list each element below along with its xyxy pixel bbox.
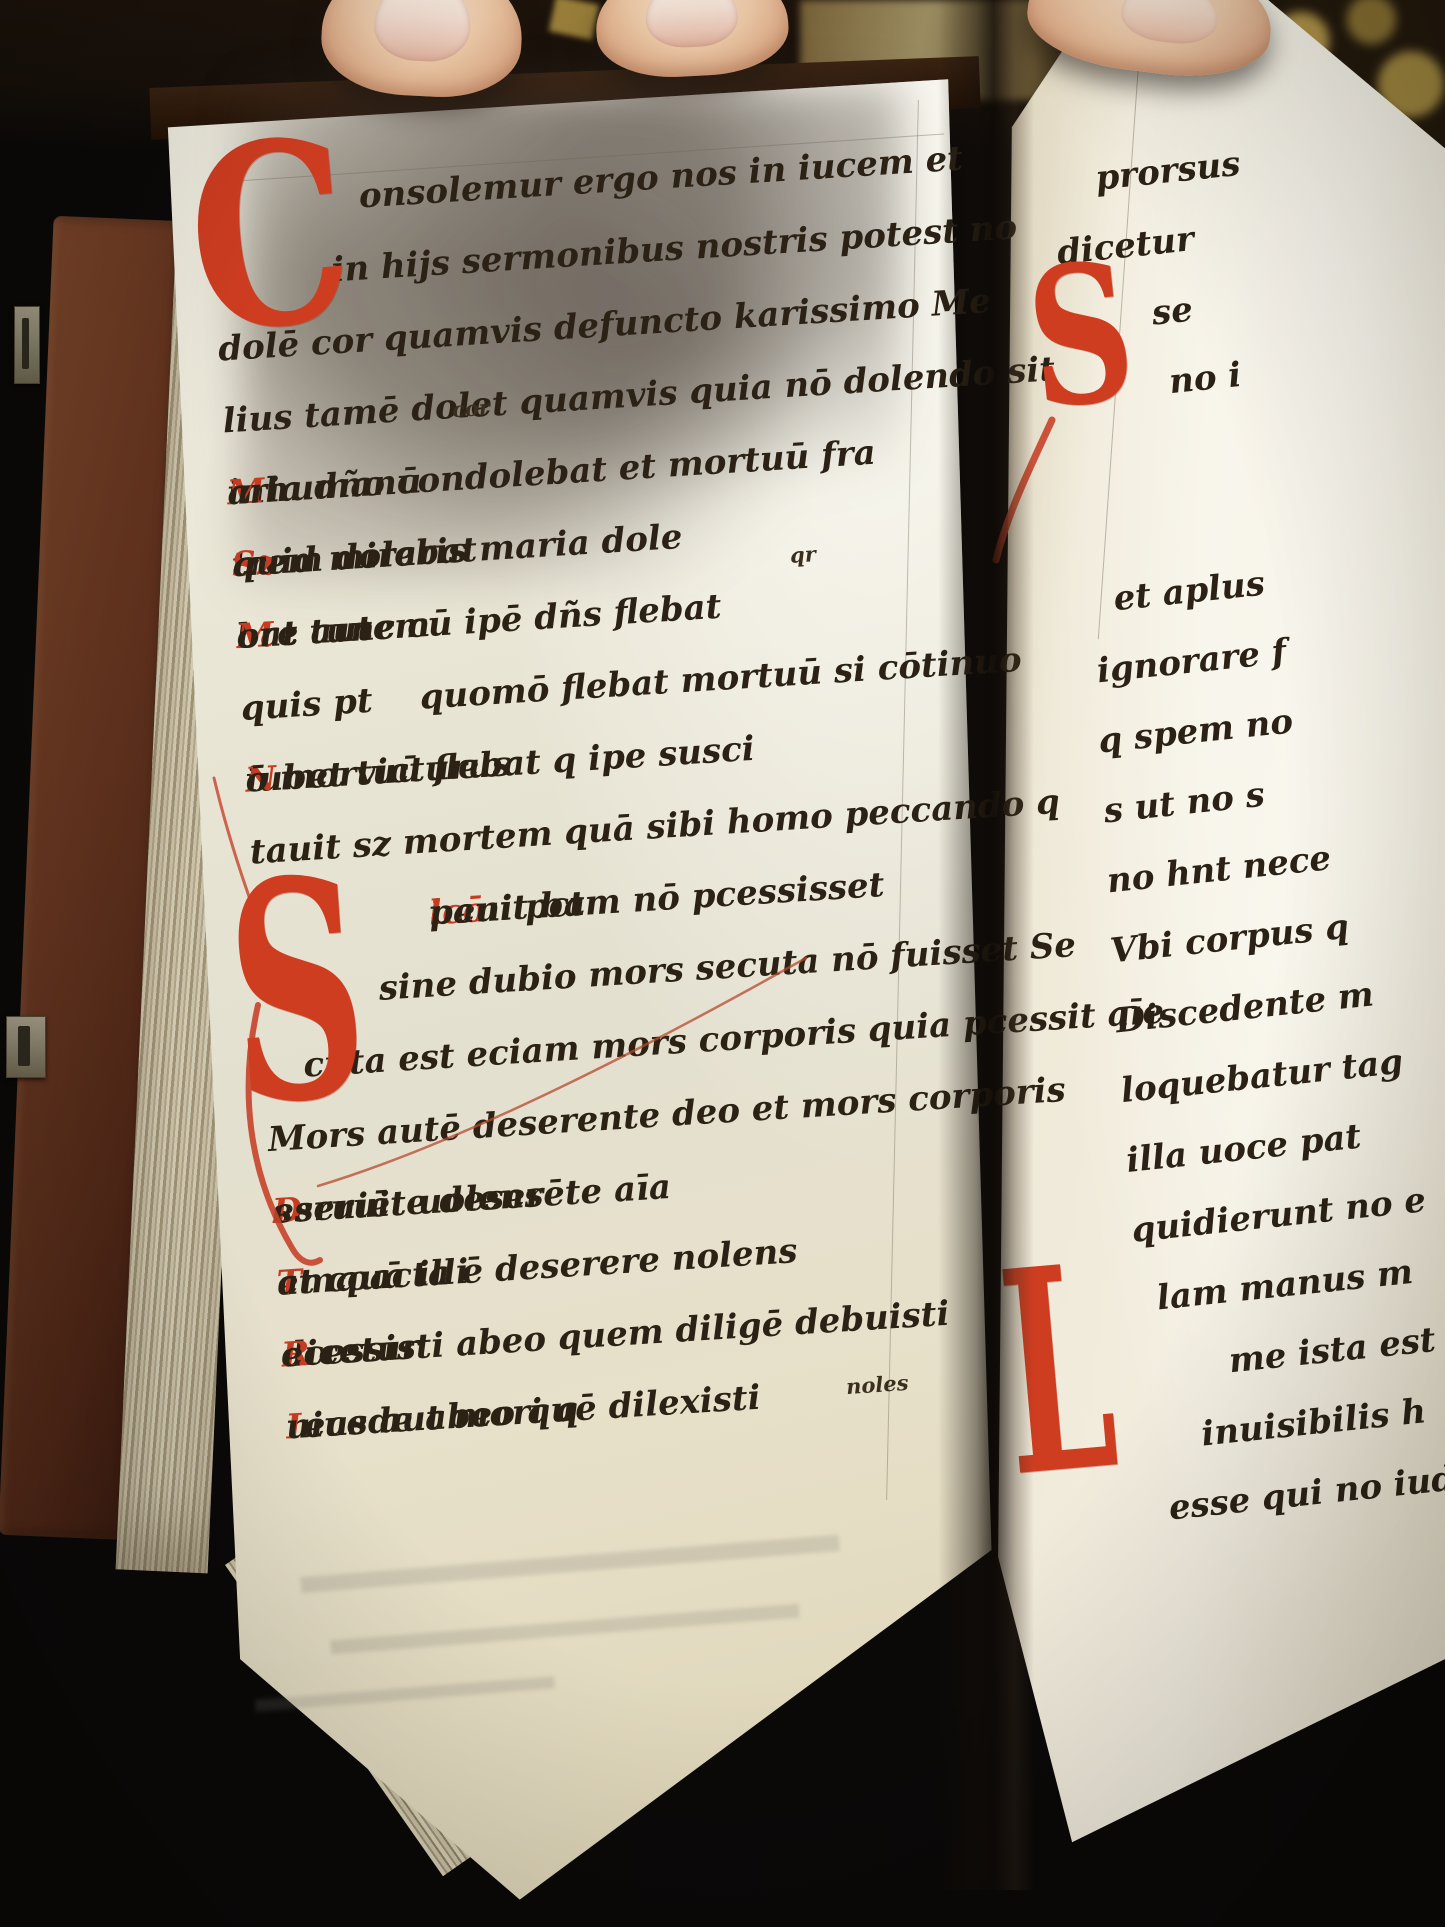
fingernail	[372, 0, 472, 64]
text-run: no i	[1167, 355, 1243, 402]
text-run: se	[1150, 290, 1195, 334]
fingernail	[1118, 0, 1222, 48]
fingernail	[644, 0, 740, 50]
manuscript-photo: onsolemur ergo nos in iucem etin hijs se…	[0, 0, 1445, 1927]
metal-clasp-upper	[14, 306, 40, 384]
metal-clasp-lower	[6, 1016, 46, 1078]
text-run: pauit ba	[428, 884, 587, 934]
interlinear-gloss: noles	[845, 1370, 909, 1399]
rubric-initial-S-right: S	[1022, 257, 1140, 415]
clasp-slot	[22, 318, 29, 368]
rubric-initial-S: S	[222, 871, 372, 1114]
interlinear-gloss: cor	[451, 395, 491, 423]
clasp-slot	[18, 1026, 29, 1066]
interlinear-gloss: qr	[789, 541, 816, 568]
rubric-initial-L-right: L	[995, 1259, 1122, 1486]
rubric-initial-C: C	[182, 132, 358, 340]
